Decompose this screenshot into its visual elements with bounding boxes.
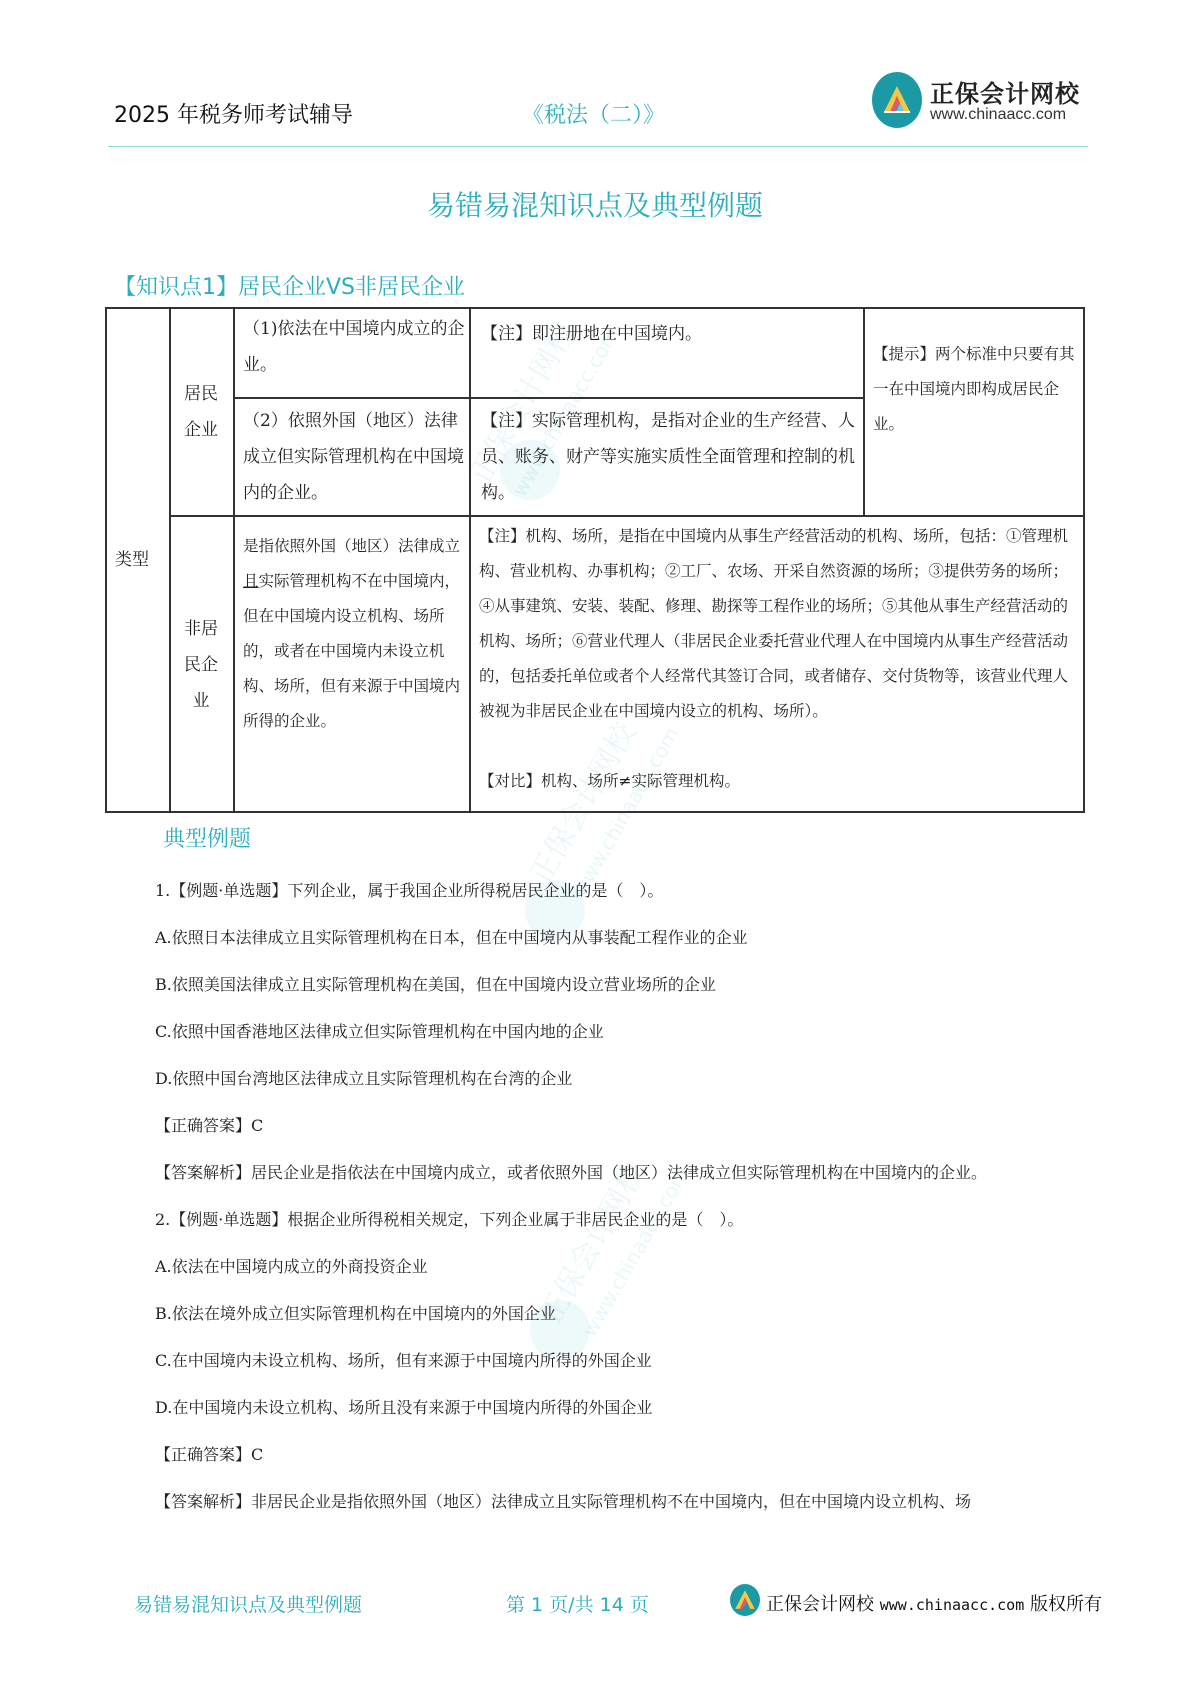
- question-1-stem: 1.【例题·单选题】下列企业，属于我国企业所得税居民企业的是（ ）。: [155, 878, 663, 901]
- logo-url: www.chinaacc.com: [930, 106, 1066, 124]
- question-1-option-b: B.依照美国法律成立且实际管理机构在美国，但在中国境内设立营业场所的企业: [155, 972, 716, 995]
- question-2-answer: 【正确答案】C: [155, 1442, 263, 1465]
- resident-label: 居民企业: [169, 307, 233, 516]
- footer-title: 易错易混知识点及典型例题: [134, 1590, 362, 1617]
- header-course: 2025 年税务师考试辅导: [114, 98, 353, 129]
- resident-note-2: 【注】实际管理机构，是指对企业的生产经营、人员、账务、财产等实施实质性全面管理和…: [481, 403, 857, 511]
- question-2-option-d: D.在中国境内未设立机构、场所且没有来源于中国境内所得的外国企业: [155, 1395, 652, 1418]
- question-1-option-a: A.依照日本法律成立且实际管理机构在日本，但在中国境内从事装配工程作业的企业: [155, 925, 748, 948]
- resident-hint: 【提示】两个标准中只要有其一在中国境内即构成居民企业。: [873, 337, 1079, 442]
- question-2-option-b: B.依法在境外成立但实际管理机构在中国境内的外国企业: [155, 1301, 556, 1324]
- question-1-analysis: 【答案解析】居民企业是指依法在中国境内成立，或者依照外国（地区）法律成立但实际管…: [155, 1160, 987, 1183]
- watermark: www.chinaacc.com: [577, 1163, 693, 1340]
- non-resident-definition: 是指依照外国（地区）法律成立且实际管理机构不在中国境内，但在中国境内设立机构、场…: [243, 529, 465, 739]
- question-1-option-d: D.依照中国台湾地区法律成立且实际管理机构在台湾的企业: [155, 1066, 572, 1089]
- non-resident-note: 【注】机构、场所，是指在中国境内从事生产经营活动的机构、场所，包括：①管理机构、…: [479, 519, 1079, 729]
- question-2-stem: 2.【例题·单选题】根据企业所得税相关规定，下列企业属于非居民企业的是（ ）。: [155, 1207, 743, 1230]
- question-2-analysis: 【答案解析】非居民企业是指依照外国（地区）法律成立且实际管理机构不在中国境内，但…: [155, 1489, 971, 1512]
- resident-definition-1: （1)依法在中国境内成立的企业。: [243, 311, 465, 383]
- question-2-option-a: A.依法在中国境内成立的外商投资企业: [155, 1254, 428, 1277]
- header-divider: [108, 146, 1088, 147]
- footer-brand: 正保会计网校 www.chinaacc.com 版权所有: [766, 1590, 1102, 1616]
- question-2-option-c: C.在中国境内未设立机构、场所，但有来源于中国境内所得的外国企业: [155, 1348, 652, 1371]
- logo-name: 正保会计网校: [930, 74, 1080, 109]
- document-title: 易错易混知识点及典型例题: [0, 184, 1190, 224]
- comparison-table: 类型 居民企业 非居民企业 （1)依法在中国境内成立的企业。 【注】即注册地在中…: [105, 307, 1085, 813]
- non-resident-label: 非居民企业: [169, 516, 233, 813]
- header-subject: 《税法（二）》: [522, 98, 665, 129]
- non-resident-compare: 【对比】机构、场所≠实际管理机构。: [479, 764, 1079, 799]
- page-indicator: 第 1 页/共 14 页: [506, 1590, 649, 1617]
- footer-logo-icon: [730, 1584, 760, 1616]
- question-1-option-c: C.依照中国香港地区法律成立但实际管理机构在中国内地的企业: [155, 1019, 604, 1042]
- logo-icon: [872, 72, 922, 128]
- resident-definition-2: （2）依照外国（地区）法律成立但实际管理机构在中国境内的企业。: [243, 403, 465, 511]
- brand-logo: 正保会计网校 www.chinaacc.com: [872, 72, 1082, 132]
- knowledge-point-title: 【知识点1】居民企业VS非居民企业: [114, 270, 465, 301]
- resident-note-1: 【注】即注册地在中国境内。: [481, 313, 857, 351]
- question-1-answer: 【正确答案】C: [155, 1113, 263, 1136]
- type-label: 类型: [105, 307, 169, 813]
- examples-title: 典型例题: [163, 822, 251, 853]
